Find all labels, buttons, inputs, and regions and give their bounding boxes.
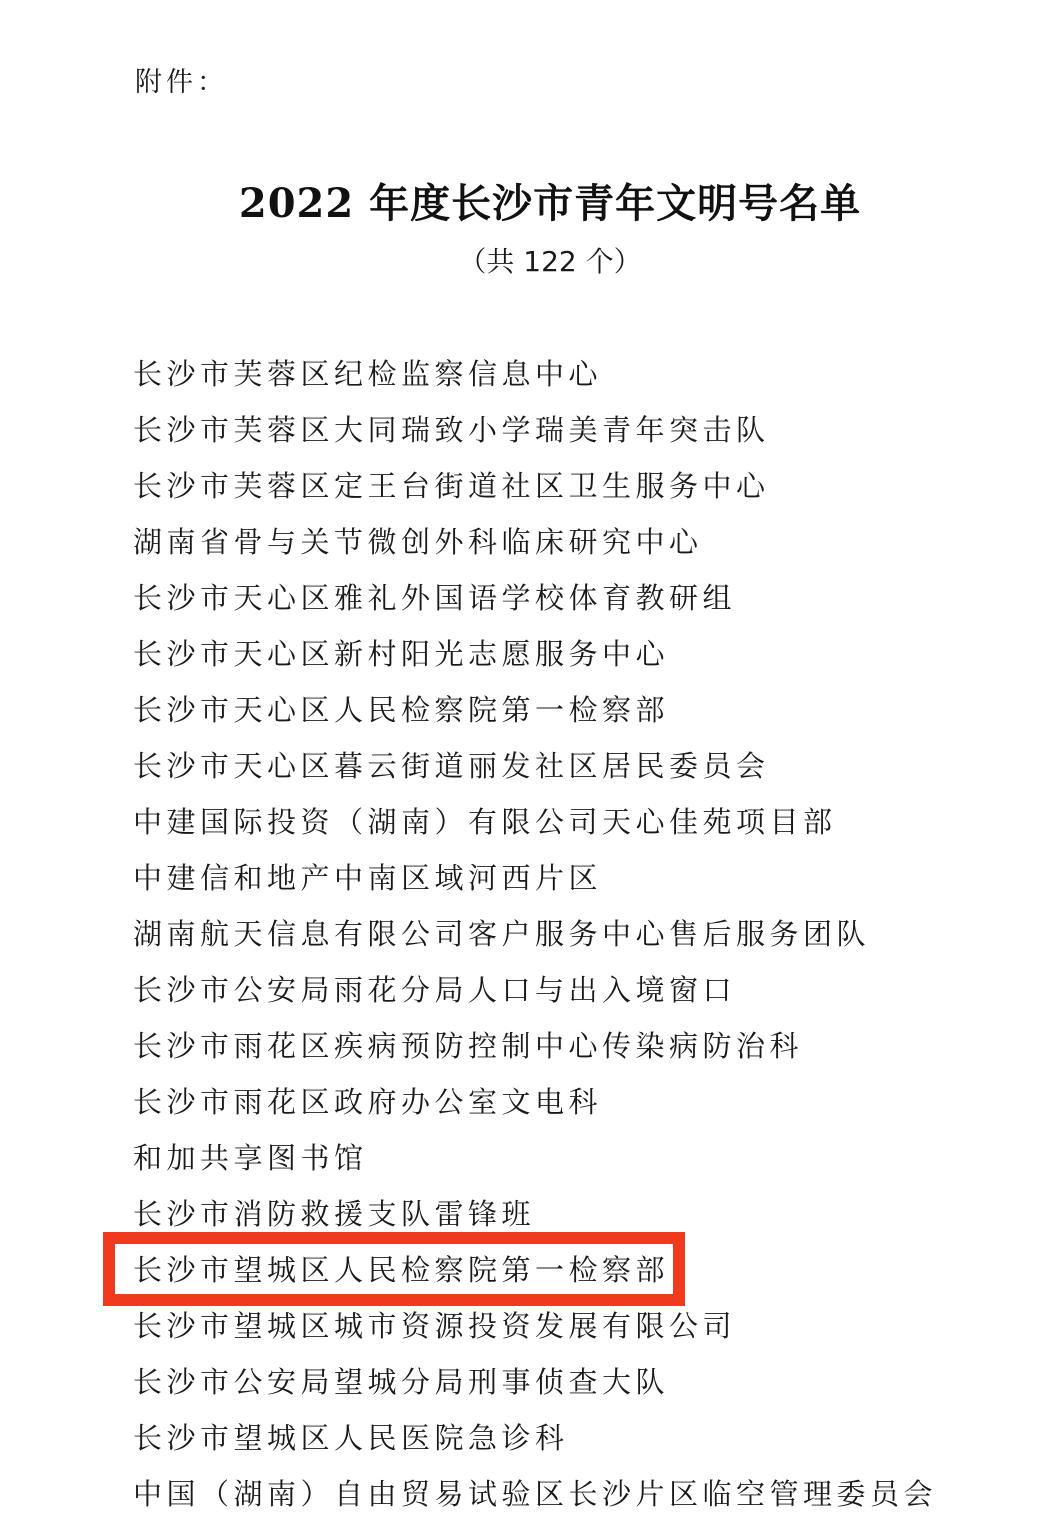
list-item: 长沙市消防救援支队雷锋班 (133, 1190, 937, 1246)
list-item: 长沙市天心区新村阳光志愿服务中心 (133, 630, 937, 686)
list-item-highlighted: 长沙市望城区人民检察院第一检察部 (133, 1246, 937, 1302)
list-item: 长沙市天心区人民检察院第一检察部 (133, 686, 937, 742)
attachment-label: 附件： (135, 60, 228, 99)
document-subtitle: （共 122 个） (0, 240, 1041, 280)
list-item: 长沙市芙蓉区纪检监察信息中心 (133, 350, 937, 406)
list-item: 长沙市芙蓉区定王台街道社区卫生服务中心 (133, 462, 937, 518)
list-item: 和加共享图书馆 (133, 1134, 937, 1190)
list-item: 长沙市公安局望城分局刑事侦查大队 (133, 1358, 937, 1414)
list-item: 中建信和地产中南区域河西片区 (133, 854, 937, 910)
list-item: 长沙市天心区暮云街道丽发社区居民委员会 (133, 742, 937, 798)
list-item: 湖南省骨与关节微创外科临床研究中心 (133, 518, 937, 574)
list-item: 中建国际投资（湖南）有限公司天心佳苑项目部 (133, 798, 937, 854)
list-item: 中国（湖南）自由贸易试验区长沙片区临空管理委员会 (133, 1470, 937, 1526)
list-item: 长沙市雨花区疾病预防控制中心传染病防治科 (133, 1022, 937, 1078)
list-item: 湖南航天信息有限公司客户服务中心售后服务团队 (133, 910, 937, 966)
list-item: 长沙市雨花区政府办公室文电科 (133, 1078, 937, 1134)
list-item: 长沙市天心区雅礼外国语学校体育教研组 (133, 574, 937, 630)
document-title: 2022 年度长沙市青年文明号名单 (0, 172, 1041, 229)
list-item: 长沙市公安局雨花分局人口与出入境窗口 (133, 966, 937, 1022)
list-item: 长沙市望城区城市资源投资发展有限公司 (133, 1302, 937, 1358)
list-item: 长沙市芙蓉区大同瑞致小学瑞美青年突击队 (133, 406, 937, 462)
list-item: 长沙市望城区人民医院急诊科 (133, 1414, 937, 1470)
honoree-list: 长沙市芙蓉区纪检监察信息中心 长沙市芙蓉区大同瑞致小学瑞美青年突击队 长沙市芙蓉… (133, 350, 937, 1526)
